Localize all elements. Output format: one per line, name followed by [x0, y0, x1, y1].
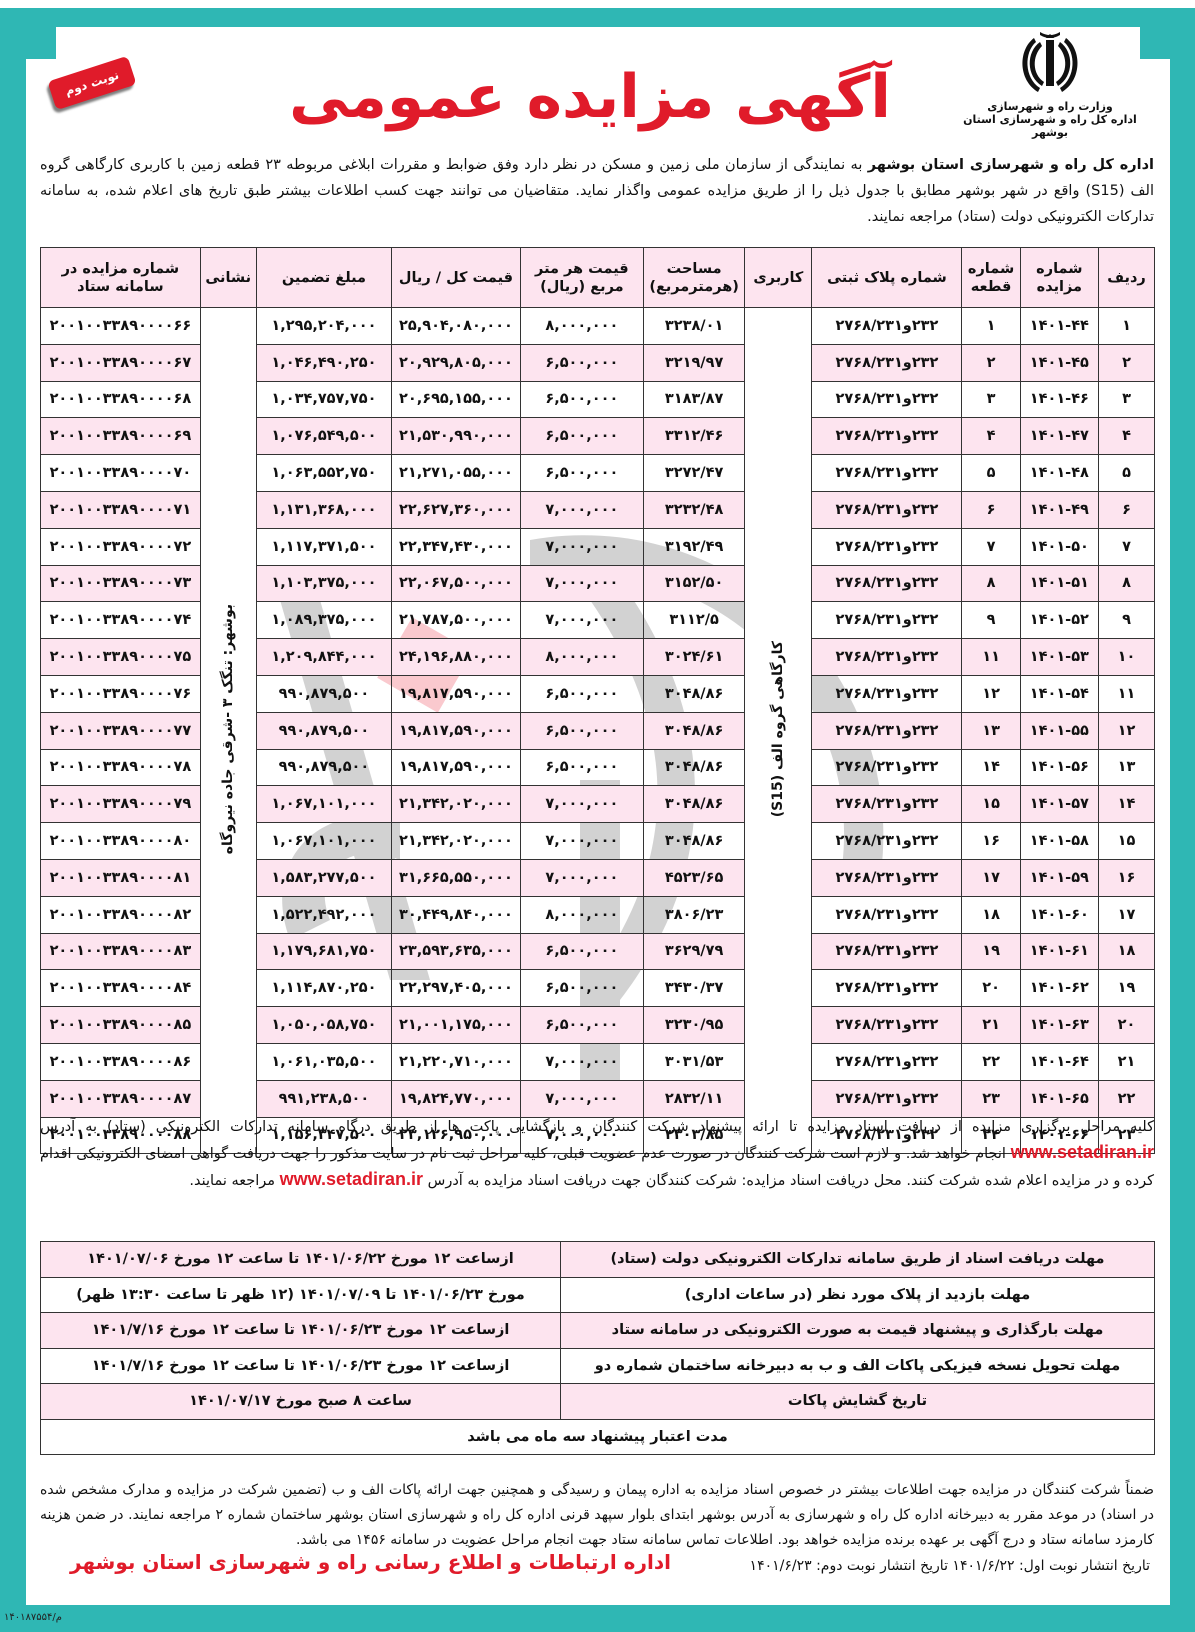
cell-setad-no: ۲۰۰۱۰۰۳۳۸۹۰۰۰۰۷۸ [41, 749, 201, 786]
cell-plate-no: ۲۳۲و۲۷۶۸/۲۳۱ [812, 491, 962, 528]
cell-auction-no: ۱۴۰۱-۴۴ [1020, 308, 1098, 345]
cell-row: ۱۲ [1099, 712, 1155, 749]
cell-total-price: ۲۱,۳۴۲,۰۲۰,۰۰۰ [392, 823, 521, 860]
cell-row: ۹ [1099, 602, 1155, 639]
cell-total-price: ۲۱,۵۳۰,۹۹۰,۰۰۰ [392, 418, 521, 455]
cell-setad-no: ۲۰۰۱۰۰۳۳۸۹۰۰۰۰۷۵ [41, 639, 201, 676]
cell-setad-no: ۲۰۰۱۰۰۳۳۸۹۰۰۰۰۷۴ [41, 602, 201, 639]
cell-guarantee: ۱,۰۵۰,۰۵۸,۷۵۰ [256, 1007, 391, 1044]
cell-setad-no: ۲۰۰۱۰۰۳۳۸۹۰۰۰۰۸۴ [41, 970, 201, 1007]
cell-parcel-no: ۴ [962, 418, 1020, 455]
cell-guarantee: ۹۹۰,۸۷۹,۵۰۰ [256, 749, 391, 786]
col-total-price: قیمت کل / ریال [392, 248, 521, 308]
publication-dates: تاریخ انتشار نوبت اول: ۱۴۰۱/۶/۲۲ تاریخ ا… [750, 1558, 1150, 1574]
cell-auction-no: ۱۴۰۱-۵۵ [1020, 712, 1098, 749]
cell-plate-no: ۲۳۲و۲۷۶۸/۲۳۱ [812, 675, 962, 712]
cell-total-price: ۱۹,۸۱۷,۵۹۰,۰۰۰ [392, 749, 521, 786]
cell-price-per-m2: ۶,۵۰۰,۰۰۰ [520, 344, 643, 381]
cell-price-per-m2: ۶,۵۰۰,۰۰۰ [520, 970, 643, 1007]
cell-auction-no: ۱۴۰۱-۴۶ [1020, 381, 1098, 418]
cell-guarantee: ۱,۱۳۱,۳۶۸,۰۰۰ [256, 491, 391, 528]
cell-row: ۲ [1099, 344, 1155, 381]
cell-price-per-m2: ۷,۰۰۰,۰۰۰ [520, 1043, 643, 1080]
cell-guarantee: ۱,۲۰۹,۸۴۴,۰۰۰ [256, 639, 391, 676]
cell-plate-no: ۲۳۲و۲۷۶۸/۲۳۱ [812, 933, 962, 970]
cell-guarantee: ۹۹۰,۸۷۹,۵۰۰ [256, 675, 391, 712]
cell-price-per-m2: ۶,۵۰۰,۰۰۰ [520, 455, 643, 492]
col-area: مساحت (هرمترمربع) [643, 248, 744, 308]
cell-parcel-no: ۱ [962, 308, 1020, 345]
schedule-label: مهلت تحویل نسخه فیزیکی پاکات الف و ب به … [561, 1348, 1155, 1384]
schedule-row: مهلت تحویل نسخه فیزیکی پاکات الف و ب به … [41, 1348, 1155, 1384]
cell-total-price: ۲۱,۰۰۱,۱۷۵,۰۰۰ [392, 1007, 521, 1044]
cell-area: ۳۲۳۲/۴۸ [643, 491, 744, 528]
setadiran-link[interactable]: www.setadiran.ir [1011, 1142, 1154, 1162]
cell-price-per-m2: ۸,۰۰۰,۰۰۰ [520, 896, 643, 933]
cell-row: ۱۵ [1099, 823, 1155, 860]
col-row: ردیف [1099, 248, 1155, 308]
cell-plate-no: ۲۳۲و۲۷۶۸/۲۳۱ [812, 565, 962, 602]
setadiran-link-2[interactable]: www.setadiran.ir [280, 1169, 423, 1189]
cell-row: ۱۴ [1099, 786, 1155, 823]
cell-plate-no: ۲۳۲و۲۷۶۸/۲۳۱ [812, 859, 962, 896]
cell-row: ۲۱ [1099, 1043, 1155, 1080]
cell-parcel-no: ۳ [962, 381, 1020, 418]
usage-merged-cell: کارگاهی گروه الف (S15) [745, 308, 812, 1154]
cell-price-per-m2: ۷,۰۰۰,۰۰۰ [520, 1080, 643, 1117]
cell-setad-no: ۲۰۰۱۰۰۳۳۸۹۰۰۰۰۸۶ [41, 1043, 201, 1080]
cell-auction-no: ۱۴۰۱-۶۳ [1020, 1007, 1098, 1044]
col-parcel-no: شماره قطعه [962, 248, 1020, 308]
cell-plate-no: ۲۳۲و۲۷۶۸/۲۳۱ [812, 749, 962, 786]
cell-guarantee: ۱,۰۷۶,۵۴۹,۵۰۰ [256, 418, 391, 455]
cell-area: ۳۰۴۸/۸۶ [643, 786, 744, 823]
cell-auction-no: ۱۴۰۱-۵۰ [1020, 528, 1098, 565]
cell-setad-no: ۲۰۰۱۰۰۳۳۸۹۰۰۰۰۸۵ [41, 1007, 201, 1044]
cell-area: ۳۴۳۰/۳۷ [643, 970, 744, 1007]
cell-area: ۳۱۸۳/۸۷ [643, 381, 744, 418]
cell-guarantee: ۱,۱۱۴,۸۷۰,۲۵۰ [256, 970, 391, 1007]
cell-parcel-no: ۵ [962, 455, 1020, 492]
cell-parcel-no: ۱۶ [962, 823, 1020, 860]
cell-price-per-m2: ۷,۰۰۰,۰۰۰ [520, 528, 643, 565]
cell-price-per-m2: ۶,۵۰۰,۰۰۰ [520, 381, 643, 418]
address-text: بوشهر: تنگک ۳ -شرقی جاده نیروگاه [220, 604, 236, 854]
table-row: ۱۱۴۰۱-۴۴۱۲۳۲و۲۷۶۸/۲۳۱کارگاهی گروه الف (S… [41, 308, 1155, 345]
cell-parcel-no: ۱۵ [962, 786, 1020, 823]
cell-setad-no: ۲۰۰۱۰۰۳۳۸۹۰۰۰۰۸۱ [41, 859, 201, 896]
cell-plate-no: ۲۳۲و۲۷۶۸/۲۳۱ [812, 418, 962, 455]
cell-guarantee: ۱,۵۸۳,۲۷۷,۵۰۰ [256, 859, 391, 896]
cell-price-per-m2: ۷,۰۰۰,۰۰۰ [520, 565, 643, 602]
cell-row: ۱۹ [1099, 970, 1155, 1007]
cell-total-price: ۲۴,۱۹۶,۸۸۰,۰۰۰ [392, 639, 521, 676]
cell-row: ۸ [1099, 565, 1155, 602]
cell-auction-no: ۱۴۰۱-۴۹ [1020, 491, 1098, 528]
cell-row: ۱۱ [1099, 675, 1155, 712]
cell-setad-no: ۲۰۰۱۰۰۳۳۸۹۰۰۰۰۸۰ [41, 823, 201, 860]
cell-setad-no: ۲۰۰۱۰۰۳۳۸۹۰۰۰۰۷۳ [41, 565, 201, 602]
cell-parcel-no: ۱۷ [962, 859, 1020, 896]
cell-setad-no: ۲۰۰۱۰۰۳۳۸۹۰۰۰۰۶۷ [41, 344, 201, 381]
cell-row: ۱۰ [1099, 639, 1155, 676]
cell-parcel-no: ۱۱ [962, 639, 1020, 676]
cell-parcel-no: ۲۳ [962, 1080, 1020, 1117]
col-price-per-m2: قیمت هر متر مربع (ریال) [520, 248, 643, 308]
cell-price-per-m2: ۶,۵۰۰,۰۰۰ [520, 675, 643, 712]
cell-area: ۳۱۱۲/۵ [643, 602, 744, 639]
cell-parcel-no: ۸ [962, 565, 1020, 602]
cell-plate-no: ۲۳۲و۲۷۶۸/۲۳۱ [812, 602, 962, 639]
cell-auction-no: ۱۴۰۱-۵۸ [1020, 823, 1098, 860]
cell-setad-no: ۲۰۰۱۰۰۳۳۸۹۰۰۰۰۷۷ [41, 712, 201, 749]
cell-row: ۱۳ [1099, 749, 1155, 786]
org-line-1: وزارت راه و شهرسازی [955, 100, 1145, 113]
cell-row: ۱۸ [1099, 933, 1155, 970]
offer-validity: مدت اعتبار پیشنهاد سه ماه می باشد [41, 1419, 1155, 1455]
cell-guarantee: ۱,۰۶۷,۱۰۱,۰۰۰ [256, 823, 391, 860]
cell-area: ۳۶۲۹/۷۹ [643, 933, 744, 970]
cell-area: ۳۰۴۸/۸۶ [643, 749, 744, 786]
cell-auction-no: ۱۴۰۱-۵۲ [1020, 602, 1098, 639]
intro-paragraph: اداره کل راه و شهرسازی استان بوشهر به نم… [40, 152, 1154, 230]
cell-guarantee: ۱,۲۹۵,۲۰۴,۰۰۰ [256, 308, 391, 345]
footer-notes: ضمناً شرکت کنندگان در مزایده جهت اطلاعات… [40, 1478, 1154, 1553]
ministry-logo: وزارت راه و شهرسازی اداره کل راه و شهرسا… [955, 30, 1145, 148]
cell-guarantee: ۹۹۰,۸۷۹,۵۰۰ [256, 712, 391, 749]
cell-area: ۳۲۳۸/۰۱ [643, 308, 744, 345]
schedule-label: مهلت بازدید از پلاک مورد نظر (در ساعات ا… [561, 1277, 1155, 1313]
cell-parcel-no: ۱۲ [962, 675, 1020, 712]
cell-total-price: ۳۰,۴۴۹,۸۴۰,۰۰۰ [392, 896, 521, 933]
cell-total-price: ۲۳,۵۹۳,۶۳۵,۰۰۰ [392, 933, 521, 970]
cell-guarantee: ۱,۱۷۹,۶۸۱,۷۵۰ [256, 933, 391, 970]
cell-parcel-no: ۲۰ [962, 970, 1020, 1007]
cell-setad-no: ۲۰۰۱۰۰۳۳۸۹۰۰۰۰۷۹ [41, 786, 201, 823]
cell-auction-no: ۱۴۰۱-۶۱ [1020, 933, 1098, 970]
cell-price-per-m2: ۸,۰۰۰,۰۰۰ [520, 639, 643, 676]
schedule-label: تاریخ گشایش پاکات [561, 1384, 1155, 1420]
cell-total-price: ۱۹,۸۱۷,۵۹۰,۰۰۰ [392, 712, 521, 749]
cell-guarantee: ۹۹۱,۲۳۸,۵۰۰ [256, 1080, 391, 1117]
cell-auction-no: ۱۴۰۱-۶۰ [1020, 896, 1098, 933]
cell-area: ۳۸۰۶/۲۳ [643, 896, 744, 933]
cell-total-price: ۱۹,۸۱۷,۵۹۰,۰۰۰ [392, 675, 521, 712]
cell-setad-no: ۲۰۰۱۰۰۳۳۸۹۰۰۰۰۸۷ [41, 1080, 201, 1117]
cell-setad-no: ۲۰۰۱۰۰۳۳۸۹۰۰۰۰۸۳ [41, 933, 201, 970]
schedule-label: مهلت بارگذاری و پیشنهاد قیمت به صورت الک… [561, 1313, 1155, 1349]
cell-parcel-no: ۲۱ [962, 1007, 1020, 1044]
cell-plate-no: ۲۳۲و۲۷۶۸/۲۳۱ [812, 1007, 962, 1044]
cell-plate-no: ۲۳۲و۲۷۶۸/۲۳۱ [812, 308, 962, 345]
cell-setad-no: ۲۰۰۱۰۰۳۳۸۹۰۰۰۰۷۶ [41, 675, 201, 712]
table-body: ۱۱۴۰۱-۴۴۱۲۳۲و۲۷۶۸/۲۳۱کارگاهی گروه الف (S… [41, 308, 1155, 1154]
table-header-row: ردیف شماره مزایده شماره قطعه شماره پلاک … [41, 248, 1155, 308]
cell-area: ۲۸۳۲/۱۱ [643, 1080, 744, 1117]
cell-row: ۱۶ [1099, 859, 1155, 896]
cell-total-price: ۲۲,۲۹۷,۴۰۵,۰۰۰ [392, 970, 521, 1007]
cell-plate-no: ۲۳۲و۲۷۶۸/۲۳۱ [812, 1080, 962, 1117]
cell-price-per-m2: ۶,۵۰۰,۰۰۰ [520, 712, 643, 749]
cell-auction-no: ۱۴۰۱-۴۷ [1020, 418, 1098, 455]
cell-parcel-no: ۱۹ [962, 933, 1020, 970]
cell-plate-no: ۲۳۲و۲۷۶۸/۲۳۱ [812, 712, 962, 749]
cell-area: ۳۳۱۲/۴۶ [643, 418, 744, 455]
cell-row: ۵ [1099, 455, 1155, 492]
cell-auction-no: ۱۴۰۱-۵۴ [1020, 675, 1098, 712]
cell-total-price: ۲۱,۲۲۰,۷۱۰,۰۰۰ [392, 1043, 521, 1080]
department-signature: اداره ارتباطات و اطلاع رسانی راه و شهرسا… [70, 1550, 671, 1574]
cell-setad-no: ۲۰۰۱۰۰۳۳۸۹۰۰۰۰۶۸ [41, 381, 201, 418]
schedule-table: مهلت دریافت اسناد از طریق سامانه تدارکات… [40, 1241, 1155, 1455]
schedule-value: ساعت ۸ صبح مورخ ۱۴۰۱/۰۷/۱۷ [41, 1384, 561, 1420]
cell-auction-no: ۱۴۰۱-۵۳ [1020, 639, 1098, 676]
cell-plate-no: ۲۳۲و۲۷۶۸/۲۳۱ [812, 786, 962, 823]
cell-area: ۴۵۲۳/۶۵ [643, 859, 744, 896]
cell-parcel-no: ۱۸ [962, 896, 1020, 933]
col-setad-no: شماره مزایده در سامانه ستاد [41, 248, 201, 308]
cell-total-price: ۲۵,۹۰۴,۰۸۰,۰۰۰ [392, 308, 521, 345]
cell-guarantee: ۱,۵۲۲,۴۹۲,۰۰۰ [256, 896, 391, 933]
cell-guarantee: ۱,۰۶۱,۰۳۵,۵۰۰ [256, 1043, 391, 1080]
cell-plate-no: ۲۳۲و۲۷۶۸/۲۳۱ [812, 1043, 962, 1080]
col-plate-no: شماره پلاک ثبتی [812, 248, 962, 308]
cell-plate-no: ۲۳۲و۲۷۶۸/۲۳۱ [812, 896, 962, 933]
cell-setad-no: ۲۰۰۱۰۰۳۳۸۹۰۰۰۰۶۹ [41, 418, 201, 455]
corner-notch-left [26, 27, 56, 59]
schedule-row: مهلت دریافت اسناد از طریق سامانه تدارکات… [41, 1242, 1155, 1278]
cell-plate-no: ۲۳۲و۲۷۶۸/۲۳۱ [812, 455, 962, 492]
intro-bold: اداره کل راه و شهرسازی استان بوشهر [868, 157, 1154, 173]
cell-area: ۳۲۱۹/۹۷ [643, 344, 744, 381]
cell-price-per-m2: ۷,۰۰۰,۰۰۰ [520, 859, 643, 896]
cell-price-per-m2: ۷,۰۰۰,۰۰۰ [520, 786, 643, 823]
cell-parcel-no: ۲ [962, 344, 1020, 381]
page-title: آگهی مزایده عمومی [230, 62, 950, 132]
schedule-row: تاریخ گشایش پاکات ساعت ۸ صبح مورخ ۱۴۰۱/۰… [41, 1384, 1155, 1420]
cell-area: ۳۰۴۸/۸۶ [643, 823, 744, 860]
cell-parcel-no: ۷ [962, 528, 1020, 565]
notice-text-c: مراجعه نمایند. [189, 1173, 279, 1189]
cell-setad-no: ۲۰۰۱۰۰۳۳۸۹۰۰۰۰۷۰ [41, 455, 201, 492]
cell-guarantee: ۱,۰۳۴,۷۵۷,۷۵۰ [256, 381, 391, 418]
cell-plate-no: ۲۳۲و۲۷۶۸/۲۳۱ [812, 344, 962, 381]
cell-setad-no: ۲۰۰۱۰۰۳۳۸۹۰۰۰۰۸۲ [41, 896, 201, 933]
emblem-icon [1018, 30, 1082, 98]
cell-auction-no: ۱۴۰۱-۶۴ [1020, 1043, 1098, 1080]
cell-area: ۳۱۵۲/۵۰ [643, 565, 744, 602]
col-auction-no: شماره مزایده [1020, 248, 1098, 308]
cell-plate-no: ۲۳۲و۲۷۶۸/۲۳۱ [812, 528, 962, 565]
cell-guarantee: ۱,۰۶۳,۵۵۲,۷۵۰ [256, 455, 391, 492]
schedule-value: ازساعت ۱۲ مورخ ۱۴۰۱/۰۶/۲۲ تا ساعت ۱۲ مور… [41, 1242, 561, 1278]
cell-area: ۳۰۴۸/۸۶ [643, 675, 744, 712]
cell-row: ۱۷ [1099, 896, 1155, 933]
cell-total-price: ۲۰,۶۹۵,۱۵۵,۰۰۰ [392, 381, 521, 418]
usage-text: کارگاهی گروه الف (S15) [770, 641, 786, 817]
cell-auction-no: ۱۴۰۱-۵۶ [1020, 749, 1098, 786]
cell-auction-no: ۱۴۰۱-۶۲ [1020, 970, 1098, 1007]
cell-area: ۳۱۹۲/۴۹ [643, 528, 744, 565]
org-line-2: اداره کل راه و شهرسازی استان بوشهر [955, 113, 1145, 139]
cell-total-price: ۲۲,۰۶۷,۵۰۰,۰۰۰ [392, 565, 521, 602]
col-address: نشانی [200, 248, 256, 308]
cell-price-per-m2: ۷,۰۰۰,۰۰۰ [520, 602, 643, 639]
cell-parcel-no: ۱۴ [962, 749, 1020, 786]
cell-price-per-m2: ۷,۰۰۰,۰۰۰ [520, 823, 643, 860]
cell-plate-no: ۲۳۲و۲۷۶۸/۲۳۱ [812, 823, 962, 860]
cell-price-per-m2: ۶,۵۰۰,۰۰۰ [520, 418, 643, 455]
cell-guarantee: ۱,۰۸۹,۳۷۵,۰۰۰ [256, 602, 391, 639]
cell-auction-no: ۱۴۰۱-۵۱ [1020, 565, 1098, 602]
schedule-value: ازساعت ۱۲ مورخ ۱۴۰۱/۰۶/۲۳ تا ساعت ۱۲ مور… [41, 1313, 561, 1349]
cell-row: ۲۰ [1099, 1007, 1155, 1044]
cell-plate-no: ۲۳۲و۲۷۶۸/۲۳۱ [812, 639, 962, 676]
cell-row: ۱ [1099, 308, 1155, 345]
schedule-row: مهلت بارگذاری و پیشنهاد قیمت به صورت الک… [41, 1313, 1155, 1349]
schedule-value: ازساعت ۱۲ مورخ ۱۴۰۱/۰۶/۲۳ تا ساعت ۱۲ مور… [41, 1348, 561, 1384]
cell-row: ۴ [1099, 418, 1155, 455]
cell-guarantee: ۱,۱۰۳,۳۷۵,۰۰۰ [256, 565, 391, 602]
cell-plate-no: ۲۳۲و۲۷۶۸/۲۳۱ [812, 970, 962, 1007]
cell-auction-no: ۱۴۰۱-۶۵ [1020, 1080, 1098, 1117]
cell-total-price: ۲۰,۹۲۹,۸۰۵,۰۰۰ [392, 344, 521, 381]
cell-total-price: ۲۲,۳۴۷,۴۳۰,۰۰۰ [392, 528, 521, 565]
cell-price-per-m2: ۶,۵۰۰,۰۰۰ [520, 1007, 643, 1044]
cell-auction-no: ۱۴۰۱-۵۹ [1020, 859, 1098, 896]
cell-row: ۷ [1099, 528, 1155, 565]
cell-setad-no: ۲۰۰۱۰۰۳۳۸۹۰۰۰۰۶۶ [41, 308, 201, 345]
cell-price-per-m2: ۶,۵۰۰,۰۰۰ [520, 933, 643, 970]
cell-plate-no: ۲۳۲و۲۷۶۸/۲۳۱ [812, 381, 962, 418]
cell-total-price: ۲۱,۳۴۲,۰۲۰,۰۰۰ [392, 786, 521, 823]
cell-guarantee: ۱,۰۴۶,۴۹۰,۲۵۰ [256, 344, 391, 381]
col-usage: کاربری [745, 248, 812, 308]
cell-guarantee: ۱,۰۶۷,۱۰۱,۰۰۰ [256, 786, 391, 823]
schedule-value: مورخ ۱۴۰۱/۰۶/۲۳ تا ۱۴۰۱/۰۷/۰۹ (۱۲ ظهر تا… [41, 1277, 561, 1313]
cell-parcel-no: ۱۳ [962, 712, 1020, 749]
auction-table: ردیف شماره مزایده شماره قطعه شماره پلاک … [40, 247, 1155, 1154]
cell-area: ۳۰۴۸/۸۶ [643, 712, 744, 749]
cell-parcel-no: ۲۲ [962, 1043, 1020, 1080]
validity-row: مدت اعتبار پیشنهاد سه ماه می باشد [41, 1419, 1155, 1455]
cell-row: ۲۲ [1099, 1080, 1155, 1117]
col-guarantee: مبلغ تضمین [256, 248, 391, 308]
ad-code: م/۱۴۰۱۸۷۵۵۴ [4, 1612, 62, 1623]
cell-total-price: ۲۲,۶۲۷,۳۶۰,۰۰۰ [392, 491, 521, 528]
schedule-row: مهلت بازدید از پلاک مورد نظر (در ساعات ا… [41, 1277, 1155, 1313]
address-merged-cell: بوشهر: تنگک ۳ -شرقی جاده نیروگاه [200, 308, 256, 1154]
schedule-label: مهلت دریافت اسناد از طریق سامانه تدارکات… [561, 1242, 1155, 1278]
cell-area: ۳۰۳۱/۵۳ [643, 1043, 744, 1080]
cell-parcel-no: ۶ [962, 491, 1020, 528]
notice-text-a: کلیه مراحل برگزاری مزایده از دریافت اسنا… [40, 1119, 1154, 1135]
cell-total-price: ۲۱,۲۷۱,۰۵۵,۰۰۰ [392, 455, 521, 492]
notice-paragraph: کلیه مراحل برگزاری مزایده از دریافت اسنا… [40, 1115, 1154, 1194]
cell-setad-no: ۲۰۰۱۰۰۳۳۸۹۰۰۰۰۷۲ [41, 528, 201, 565]
cell-auction-no: ۱۴۰۱-۴۵ [1020, 344, 1098, 381]
cell-area: ۳۲۷۲/۴۷ [643, 455, 744, 492]
cell-area: ۳۰۲۴/۶۱ [643, 639, 744, 676]
frame-top-edge [0, 0, 1195, 8]
cell-auction-no: ۱۴۰۱-۴۸ [1020, 455, 1098, 492]
cell-total-price: ۱۹,۸۲۴,۷۷۰,۰۰۰ [392, 1080, 521, 1117]
cell-price-per-m2: ۸,۰۰۰,۰۰۰ [520, 308, 643, 345]
cell-price-per-m2: ۷,۰۰۰,۰۰۰ [520, 491, 643, 528]
cell-row: ۶ [1099, 491, 1155, 528]
cell-auction-no: ۱۴۰۱-۵۷ [1020, 786, 1098, 823]
cell-guarantee: ۱,۱۱۷,۳۷۱,۵۰۰ [256, 528, 391, 565]
cell-price-per-m2: ۶,۵۰۰,۰۰۰ [520, 749, 643, 786]
cell-total-price: ۲۱,۷۸۷,۵۰۰,۰۰۰ [392, 602, 521, 639]
cell-row: ۳ [1099, 381, 1155, 418]
cell-parcel-no: ۹ [962, 602, 1020, 639]
cell-total-price: ۳۱,۶۶۵,۵۵۰,۰۰۰ [392, 859, 521, 896]
cell-setad-no: ۲۰۰۱۰۰۳۳۸۹۰۰۰۰۷۱ [41, 491, 201, 528]
cell-area: ۳۲۳۰/۹۵ [643, 1007, 744, 1044]
